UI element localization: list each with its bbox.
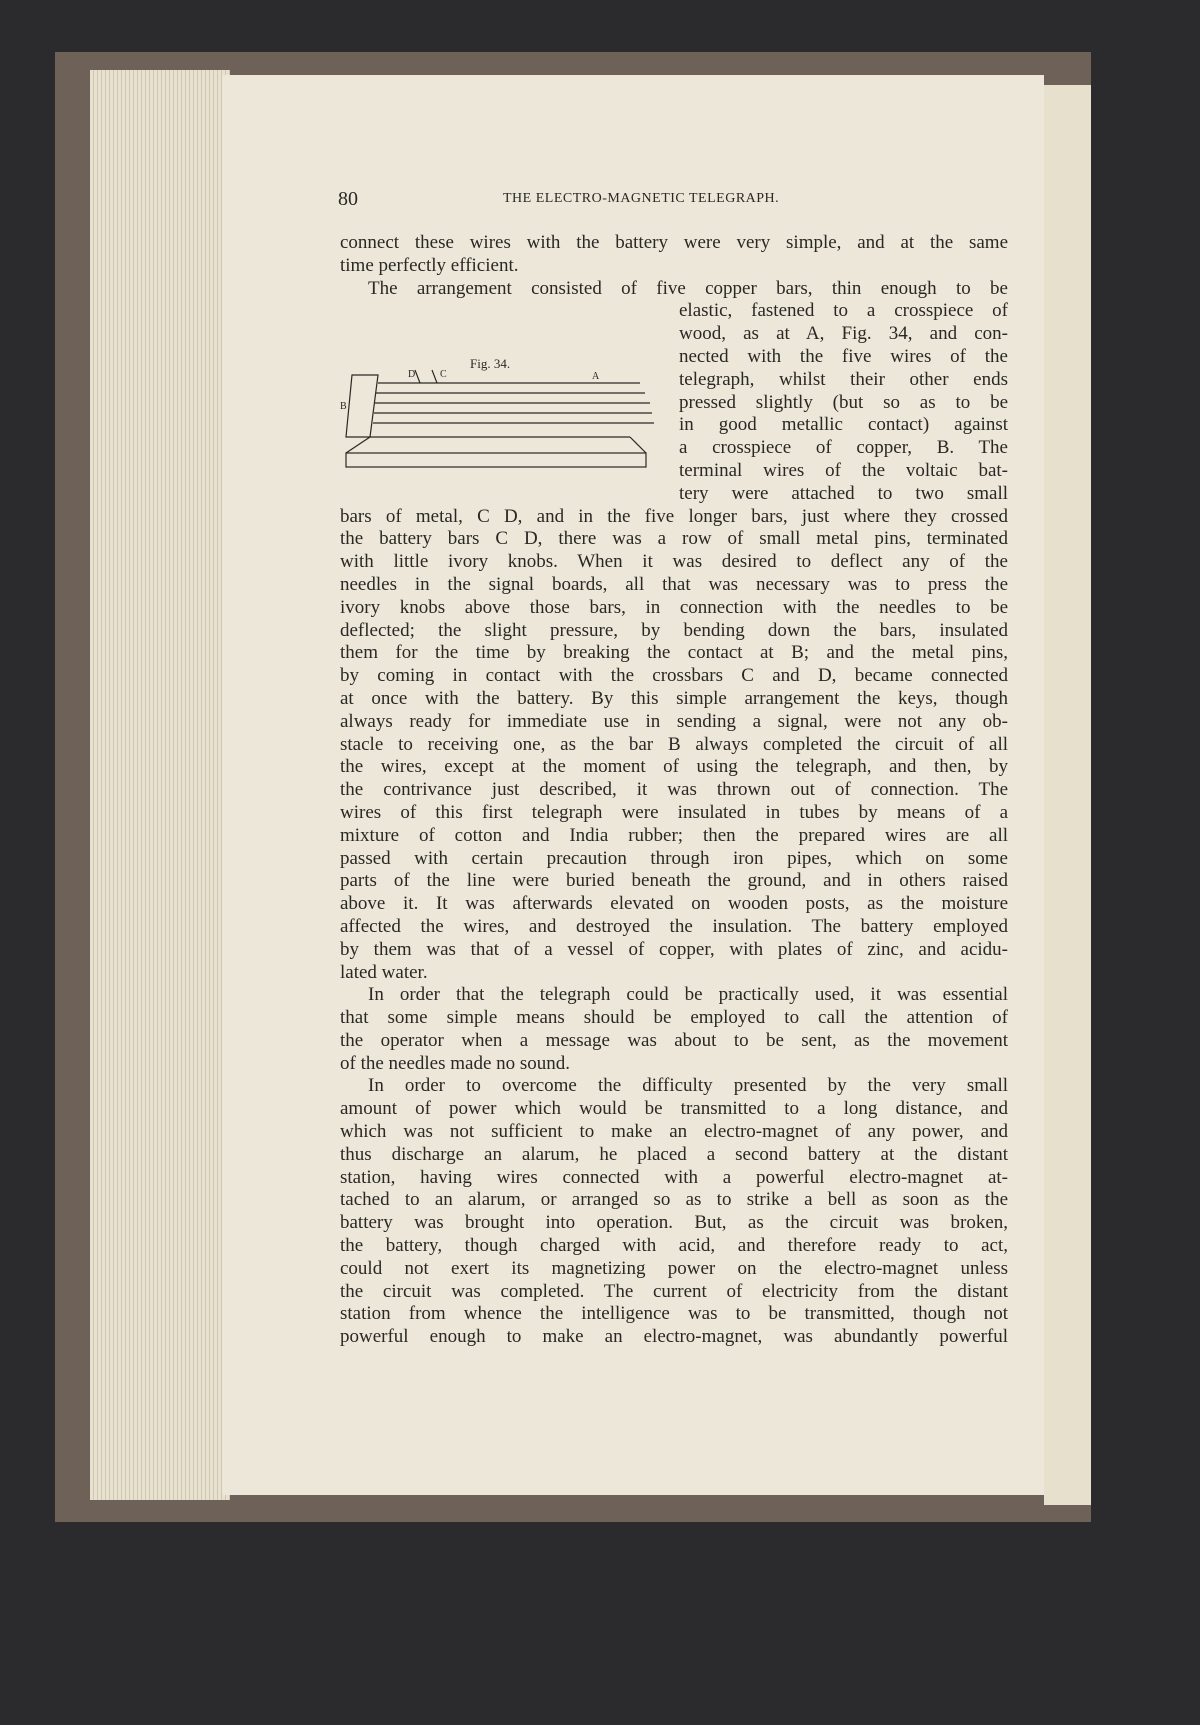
text-line: by coming in contact with the crossbars … [340,665,1008,688]
text-line: of the needles made no sound. [340,1053,1008,1076]
text-line: the circuit was completed. The current o… [340,1281,1008,1304]
text-line: wood, as at A, Fig. 34, and con- [679,323,1008,346]
text-line: pressed slightly (but so as to be [679,392,1008,415]
text-line: The arrangement consisted of five copper… [340,278,1008,301]
text-line: with little ivory knobs. When it was des… [340,551,1008,574]
text-line: elastic, fastened to a crosspiece of [679,300,1008,323]
text-line: nected with the five wires of the [679,346,1008,369]
text-line: connect these wires with the battery wer… [340,232,1008,255]
text-line: needles in the signal boards, all that w… [340,574,1008,597]
page-number: 80 [338,188,358,211]
text-line: at once with the battery. By this simple… [340,688,1008,711]
text-line: which was not sufficient to make an elec… [340,1121,1008,1144]
text-line: them for the time by breaking the contac… [340,642,1008,665]
text-line: time perfectly efficient. [340,255,1008,278]
text-line: mixture of cotton and India rubber; then… [340,825,1008,848]
page-header: 80 THE ELECTRO-MAGNETIC TELEGRAPH. [338,188,1008,212]
text-line: tery were attached to two small [679,483,1008,506]
text-line: stacle to receiving one, as the bar B al… [340,734,1008,757]
text-line: telegraph, whilst their other ends [679,369,1008,392]
text-line: could not exert its magnetizing power on… [340,1258,1008,1281]
text-line: a crosspiece of copper, B. The [679,437,1008,460]
text-line: In order that the telegraph could be pra… [340,984,1008,1007]
page-edges [90,70,230,1500]
text-line: by them was that of a vessel of copper, … [340,939,1008,962]
text-line: deflected; the slight pressure, by bendi… [340,620,1008,643]
text-line: the contrivance just described, it was t… [340,779,1008,802]
text-line: tached to an alarum, or arranged so as t… [340,1189,1008,1212]
text-line: station, having wires connected with a p… [340,1167,1008,1190]
text-line: battery was brought into operation. But,… [340,1212,1008,1235]
text-line: powerful enough to make an electro-magne… [340,1326,1008,1349]
text-line: above it. It was afterwards elevated on … [340,893,1008,916]
text-line: the battery, though charged with acid, a… [340,1235,1008,1258]
running-title: THE ELECTRO-MAGNETIC TELEGRAPH. [503,191,779,207]
text-line: terminal wires of the voltaic bat- [679,460,1008,483]
text-line: lated water. [340,962,1008,985]
body-text: connect these wires with the battery wer… [340,232,1008,1349]
text-line: that some simple means should be employe… [340,1007,1008,1030]
text-line: bars of metal, C D, and in the five long… [340,506,1008,529]
text-line: In order to overcome the difficulty pres… [340,1075,1008,1098]
text-line: passed with certain precaution through i… [340,848,1008,871]
text-line: ivory knobs above those bars, in connect… [340,597,1008,620]
text-line: always ready for immediate use in sendin… [340,711,1008,734]
text-line: station from whence the intelligence was… [340,1303,1008,1326]
text-line: thus discharge an alarum, he placed a se… [340,1144,1008,1167]
text-line: amount of power which would be transmitt… [340,1098,1008,1121]
text-line: the operator when a message was about to… [340,1030,1008,1053]
text-line: the battery bars C D, there was a row of… [340,528,1008,551]
text-line: affected the wires, and destroyed the in… [340,916,1008,939]
text-line: the wires, except at the moment of using… [340,756,1008,779]
text-line: in good metallic contact) against [679,414,1008,437]
text-line: wires of this first telegraph were insul… [340,802,1008,825]
facing-page-edge [1044,85,1091,1505]
text-line: parts of the line were buried beneath th… [340,870,1008,893]
